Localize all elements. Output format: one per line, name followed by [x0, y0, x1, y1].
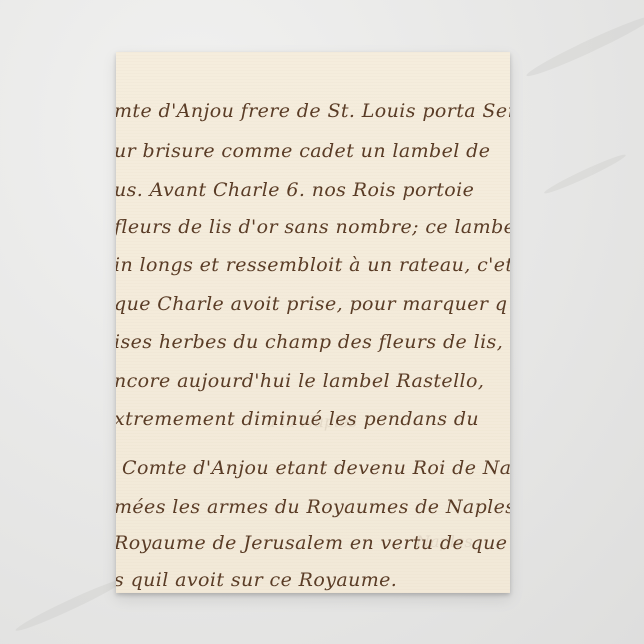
handwritten-line: xtremement diminué les pendans du [116, 408, 479, 430]
background-vein [524, 11, 644, 81]
handwritten-line: s quil avoit sur ce Royaume. [116, 569, 397, 591]
handwritten-line: Comte d'Anjou etant devenu Roi de Napl [122, 457, 510, 479]
handwritten-line: fleurs de lis d'or sans nombre; ce lambe [116, 216, 510, 238]
handwritten-line: mte d'Anjou frere de St. Louis porta Sem… [116, 100, 510, 122]
handwritten-line: in longs et ressembloit à un rateau, c'e… [116, 254, 510, 276]
handwritten-line: ises herbes du champ des fleurs de lis, … [116, 331, 510, 353]
background-vein [14, 575, 127, 635]
handwritten-line: que Charle avoit prise, pour marquer q [116, 293, 507, 315]
handwritten-line: Royaume de Jerusalem en vertu de que [116, 532, 507, 554]
handwritten-line: ur brisure comme cadet un lambel de [116, 140, 490, 162]
handwritten-line: ncore aujourd'hui le lambel Rastello, [116, 370, 484, 392]
postcard: à la Naples Naples mte d'Anjou frere de … [116, 52, 510, 593]
background-vein [543, 151, 628, 196]
handwritten-line: mées les armes du Royaumes de Naples, [116, 496, 510, 518]
handwritten-line: us. Avant Charle 6. nos Rois portoie [116, 179, 474, 201]
